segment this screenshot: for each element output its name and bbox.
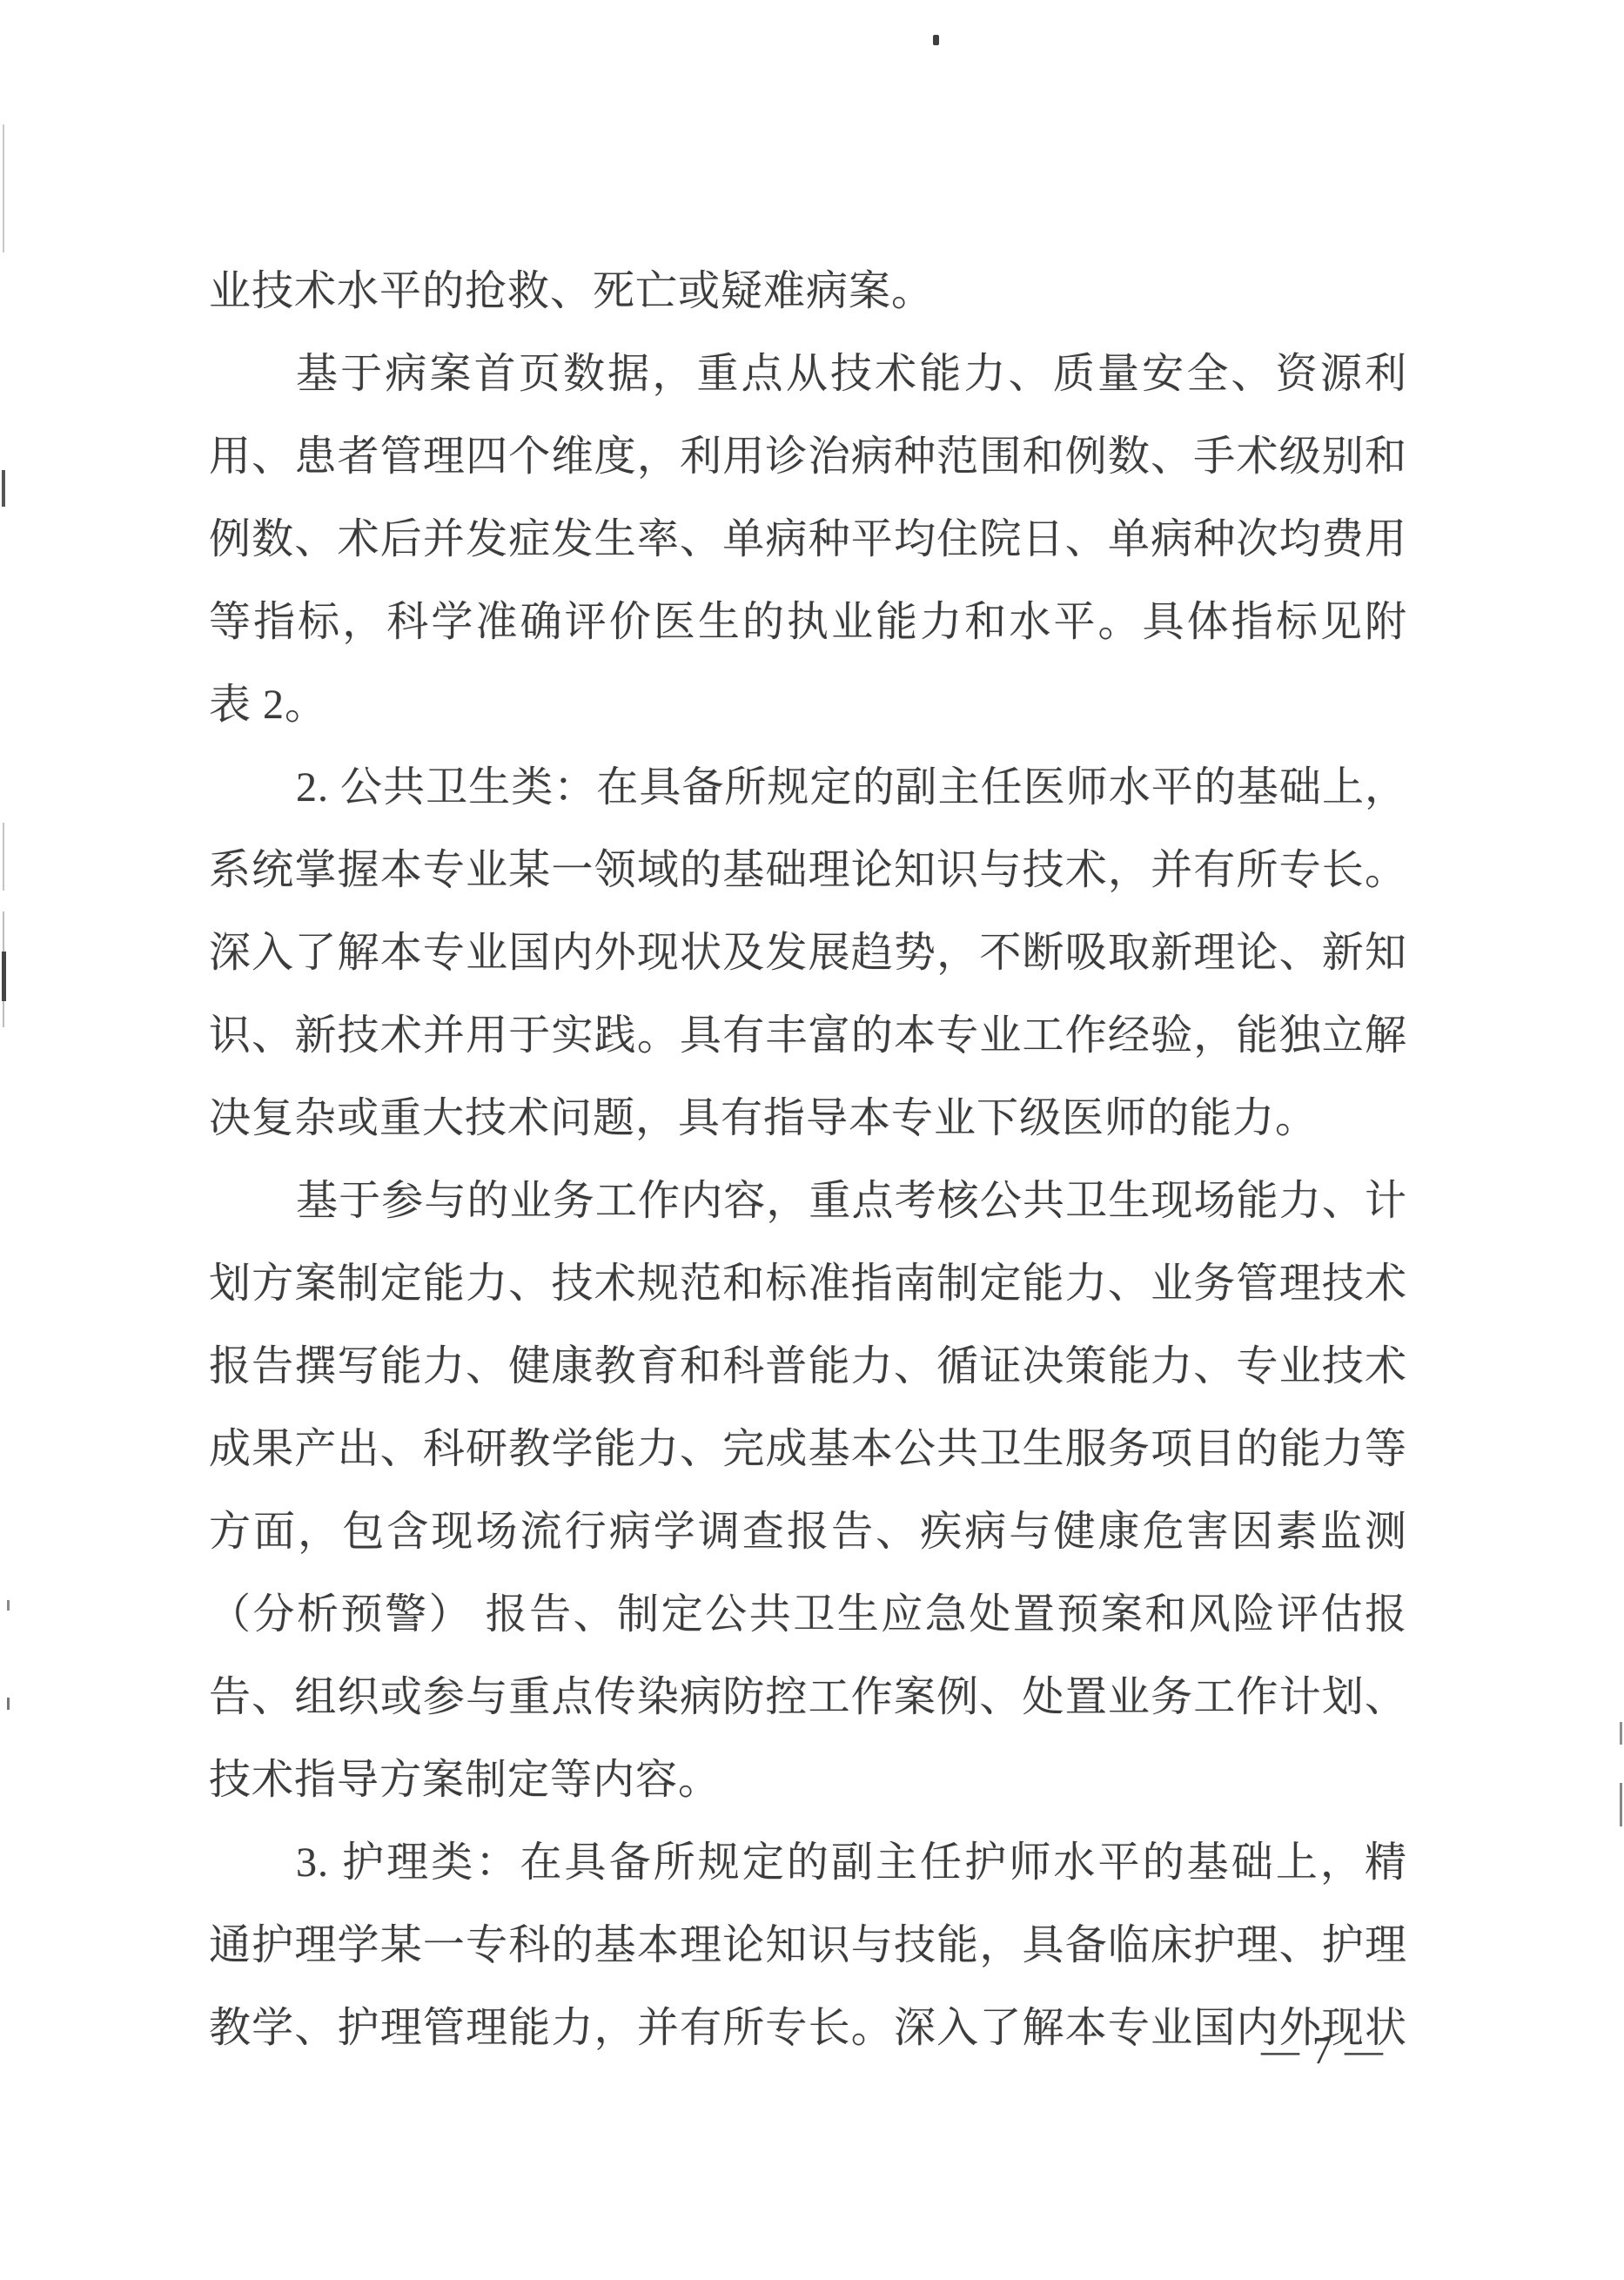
scanned-document-page: 业技术水平的抢救、死亡或疑难病案。 基于病案首页数据，重点从技术能力、质量安全、… [0,0,1624,2280]
scan-artifact-left-1 [3,124,4,252]
scan-artifact-right-1 [1620,1722,1622,1745]
text-line: 系统掌握本专业某一领域的基础理论知识与技术，并有所专长。 [209,844,1407,927]
text-line: 决复杂或重大技术问题，具有指导本专业下级医师的能力。 [209,1093,1407,1175]
text-line: 3. 护理类：在具备所规定的副主任护师水平的基础上，精 [209,1837,1407,1920]
page-number: — 7 — [1245,2028,1401,2073]
text-line: 方面，包含现场流行病学调查报告、疾病与健康危害因素监测 [209,1506,1407,1589]
text-line: 告、组织或参与重点传染病防控工作案例、处置业务工作计划、 [209,1671,1407,1754]
scan-artifact-right-2 [1620,1783,1622,1826]
scan-artifact-left-7 [7,1698,10,1710]
text-line: 等指标，科学准确评价医生的执业能力和水平。具体指标见附 [209,596,1407,679]
text-line: 识、新技术并用于实践。具有丰富的本专业工作经验，能独立解 [209,1010,1407,1093]
text-line: 深入了解本专业国内外现状及发展趋势，不断吸取新理论、新知 [209,927,1407,1010]
scan-artifact-left-5 [2,952,6,1001]
scan-speck-top [933,35,939,45]
body-text: 业技术水平的抢救、死亡或疑难病案。 基于病案首页数据，重点从技术能力、质量安全、… [209,266,1407,2085]
text-line: 表 2。 [209,679,1407,762]
scan-artifact-left-6 [7,1600,10,1611]
text-line: 基于病案首页数据，重点从技术能力、质量安全、资源利 [209,348,1407,431]
text-line: 划方案制定能力、技术规范和标准指南制定能力、业务管理技术 [209,1258,1407,1341]
text-line: 技术指导方案制定等内容。 [209,1754,1407,1837]
text-line: 报告撰写能力、健康教育和科普能力、循证决策能力、专业技术 [209,1341,1407,1423]
text-line: 通护理学某一专科的基本理论知识与技能，具备临床护理、护理 [209,1920,1407,2002]
text-line: 业技术水平的抢救、死亡或疑难病案。 [209,266,1407,348]
text-line: 教学、护理管理能力，并有所专长。深入了解本专业国内外现状 [209,2002,1407,2085]
scan-artifact-left-2 [2,470,5,507]
text-line: 例数、术后并发症发生率、单病种平均住院日、单病种次均费用 [209,514,1407,596]
text-line: （分析预警） 报告、制定公共卫生应急处置预案和风险评估报 [209,1589,1407,1671]
scan-artifact-left-3 [3,823,4,891]
text-line: 用、患者管理四个维度，利用诊治病种范围和例数、手术级别和 [209,431,1407,514]
text-line: 2. 公共卫生类：在具备所规定的副主任医师水平的基础上， [209,762,1407,844]
text-line: 成果产出、科研教学能力、完成基本公共卫生服务项目的能力等 [209,1423,1407,1506]
text-line: 基于参与的业务工作内容，重点考核公共卫生现场能力、计 [209,1175,1407,1258]
